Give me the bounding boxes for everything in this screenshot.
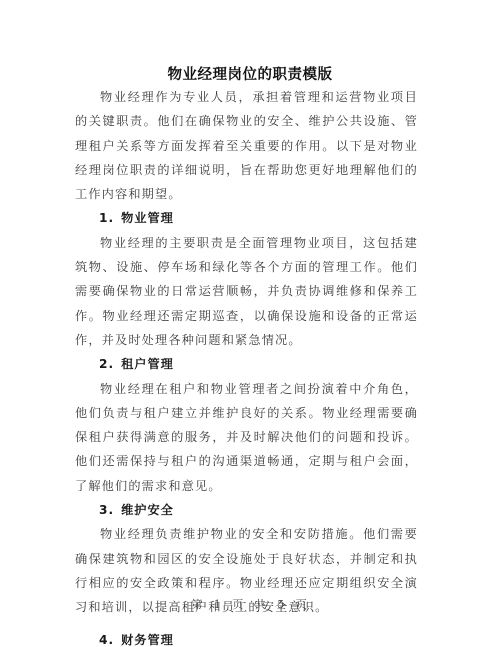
document-title: 物业经理岗位的职责模版 xyxy=(0,63,500,84)
section-number: 2. xyxy=(99,357,114,371)
document-body: 物业经理作为专业人员，承担着管理和运营物业项目的关键职责。他们在确保物业的安全、… xyxy=(75,85,418,647)
section-title: 财务管理 xyxy=(121,633,174,647)
document-page: 物业经理岗位的职责模版 物业经理作为专业人员，承担着管理和运营物业项目的关键职责… xyxy=(0,0,500,647)
section-title: 租户管理 xyxy=(121,357,174,371)
section-number: 3. xyxy=(99,503,114,517)
section-heading-property-management: 1.物业管理 xyxy=(75,206,418,230)
section-body-property-management: 物业经理的主要职责是全面管理物业项目，这包括建筑物、设施、停车场和绿化等各个方面… xyxy=(75,231,418,352)
intro-paragraph: 物业经理作为专业人员，承担着管理和运营物业项目的关键职责。他们在确保物业的安全、… xyxy=(75,85,418,206)
section-heading-safety: 3.维护安全 xyxy=(75,498,418,522)
section-heading-tenant-management: 2.租户管理 xyxy=(75,352,418,376)
section-heading-financial-management: 4.财务管理 xyxy=(75,628,418,647)
section-number: 1. xyxy=(99,211,114,225)
page-indicator: 第 1 页 共 5 页 xyxy=(0,596,500,612)
section-body-tenant-management: 物业经理在租户和物业管理者之间扮演着中介角色，他们负责与租户建立并维护良好的关系… xyxy=(75,377,418,498)
section-title: 维护安全 xyxy=(121,503,174,517)
section-title: 物业管理 xyxy=(121,211,174,225)
section-number: 4. xyxy=(99,633,114,647)
